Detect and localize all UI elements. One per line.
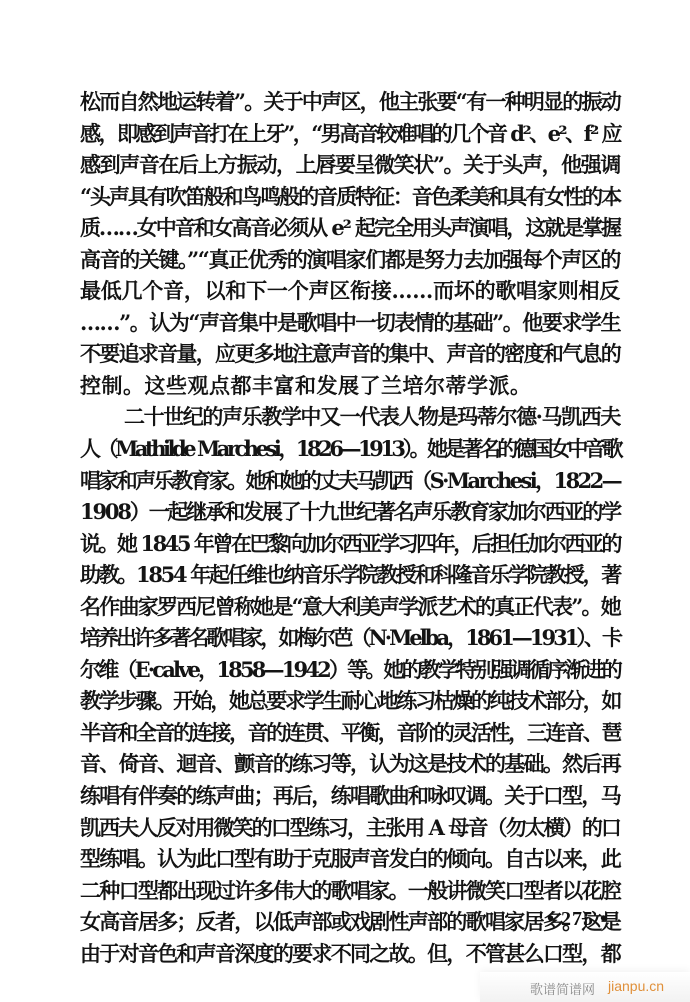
watermark: 歌谱简谱网 jianpu.cn [480, 972, 690, 1002]
text-line: ……”。认为“声音集中是歌唱中一切表情的基础”。他要求学生 [80, 307, 620, 339]
text-line: 音、倚音、迴音、颤音的练习等，认为这是技术的基础。然后再 [80, 748, 620, 780]
text-line: 最低几个音，以和下一个声区衔接……而坏的歌唱家则相反 [80, 275, 620, 307]
text-line: 说。她 1845 年曾在巴黎向加尔西亚学习四年，后担任加尔西亚的 [80, 528, 620, 560]
text-line: 不要追求音量，应更多地注意声音的集中、声音的密度和气息的 [80, 338, 620, 370]
page-number: • 275 • [547, 908, 608, 931]
text-line: 培养出许多著名歌唱家，如梅尔芭（N·Melba，1861—1931）、卡 [80, 622, 620, 654]
text-line: 女高音居多；反者，以低声部或戏剧性声部的歌唱家居多。这是 [80, 906, 620, 938]
text-line: 感到声音在后上方振动，上唇要呈微笑状”。关于头声，他强调 [80, 149, 620, 181]
text-line: 由于对音色和声音深度的要求不同之故。但，不管甚么口型，都 [80, 938, 620, 970]
text-line: 助教。1854 年起任维也纳音乐学院教授和科隆音乐学院教授，著 [80, 559, 620, 591]
text-line: 练唱有伴奏的练声曲；再后，练唱歌曲和咏叹调。关于口型，马 [80, 780, 620, 812]
text-line: 质……女中音和女高音必须从 e² 起完全用头声演唱，这就是掌握 [80, 212, 620, 244]
text-line: 松而自然地运转着”。关于中声区，他主张要“有一种明显的振动 [80, 86, 620, 118]
text-line: 人（Mathilde Marchesi，1826—1913）。她是著名的德国女中… [80, 433, 620, 465]
text-line: 教学步骤。开始，她总要求学生耐心地练习枯燥的纯技术部分，如 [80, 685, 620, 717]
text-line: “头声具有吹笛般和鸟鸣般的音质特征：音色柔美和具有女性的本 [80, 181, 620, 213]
text-line: 感，即感到声音打在上牙”，“男高音较难唱的几个音 d²、e²、f² 应 [80, 118, 620, 150]
text-line: 二种口型都出现过许多伟大的歌唱家。一般讲微笑口型者以花腔 [80, 875, 620, 907]
text-line: 名作曲家罗西尼曾称她是“意大利美声学派艺术的真正代表”。她 [80, 591, 620, 623]
text-line: 二十世纪的声乐教学中又一代表人物是玛蒂尔德·马凯西夫 [80, 401, 620, 433]
text-line: 控制。这些观点都丰富和发展了兰培尔蒂学派。 [80, 370, 620, 402]
book-page: 松而自然地运转着”。关于中声区，他主张要“有一种明显的振动感，即感到声音打在上牙… [0, 0, 690, 1002]
text-line: 型练唱。认为此口型有助于克服声音发白的倾向。自古以来，此 [80, 843, 620, 875]
text-line: 高音的关键。”“真正优秀的演唱家们都是努力去加强每个声区的 [80, 244, 620, 276]
text-line: 尔维（E·calve，1858—1942）等。她的教学特别强调循序渐进的 [80, 654, 620, 686]
watermark-domain: jianpu.cn [608, 978, 664, 994]
text-line: 唱家和声乐教育家。她和她的丈夫马凯西（S·Marchesi，1822— [80, 465, 620, 497]
text-line: 凯西夫人反对用微笑的口型练习，主张用 A 母音（勿太横）的口 [80, 812, 620, 844]
watermark-site-name: 歌谱简谱网 [530, 979, 595, 998]
text-line: 1908）一起继承和发展了十九世纪著名声乐教育家加尔西亚的学 [80, 496, 620, 528]
text-line: 半音和全音的连接，音的连贯、平衡，音阶的灵活性，三连音、琶 [80, 717, 620, 749]
body-text: 松而自然地运转着”。关于中声区，他主张要“有一种明显的振动感，即感到声音打在上牙… [80, 86, 620, 969]
